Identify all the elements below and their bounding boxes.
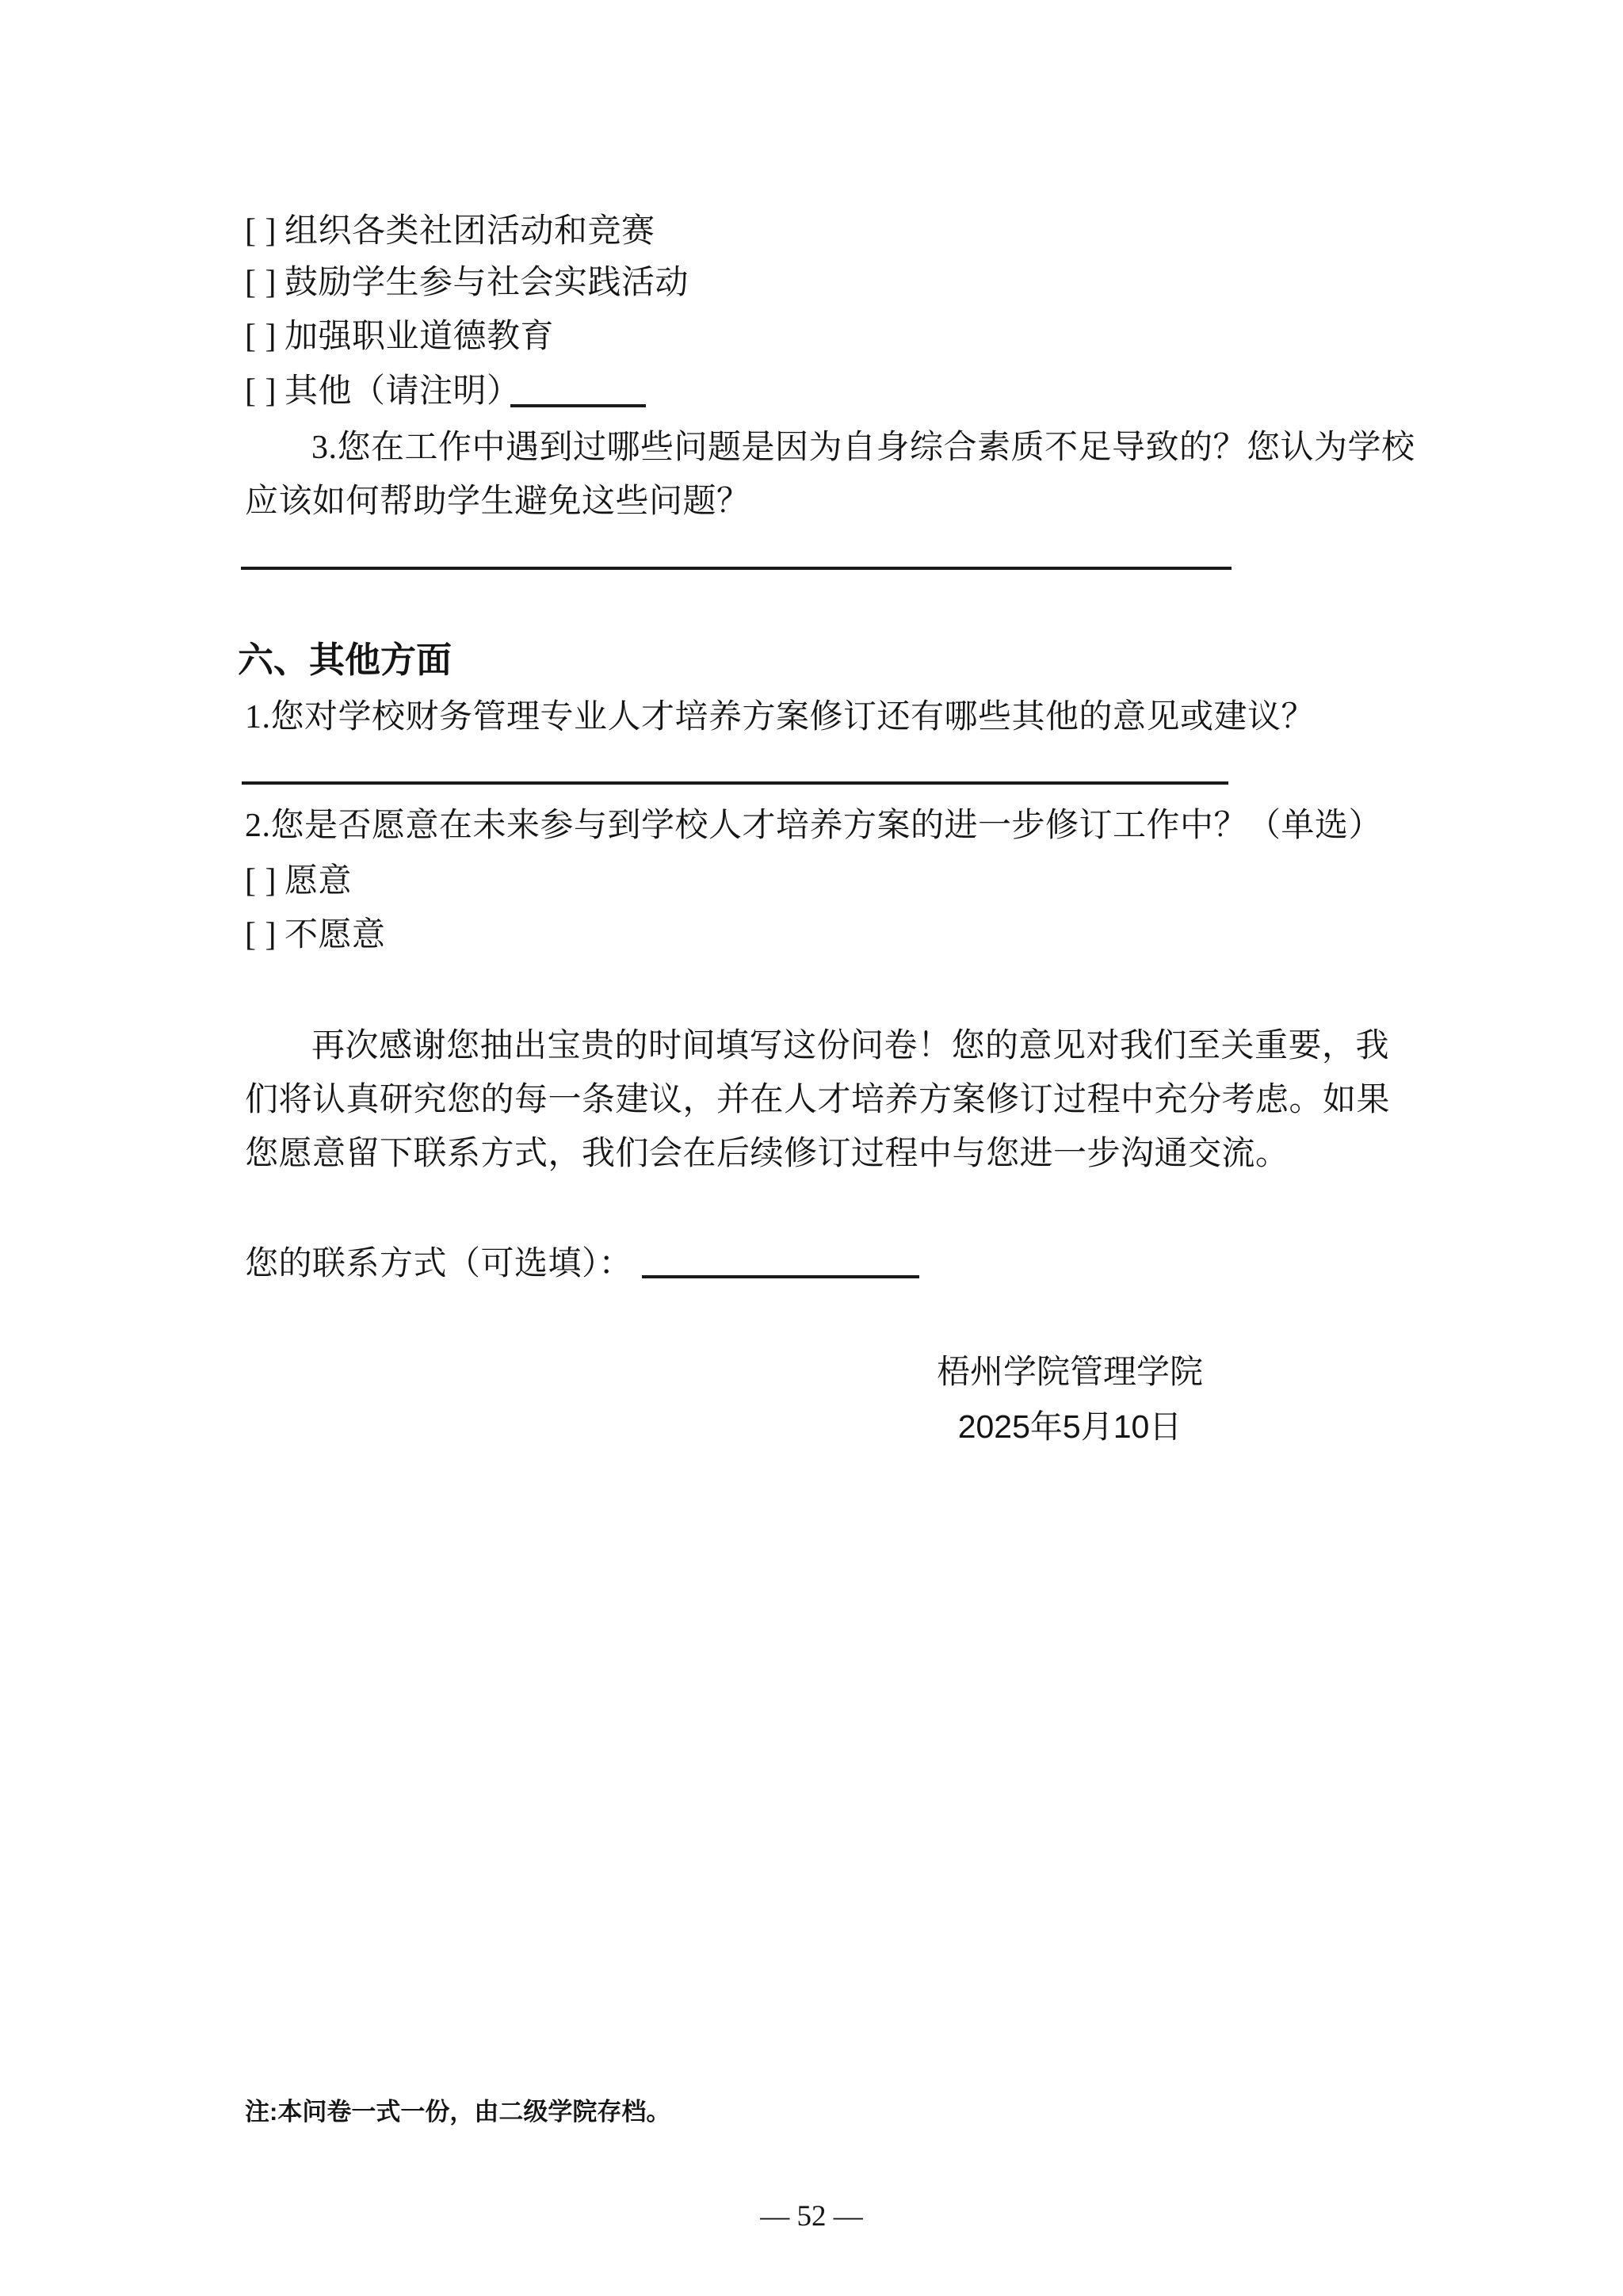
option-line: [ ]不愿意 bbox=[245, 913, 386, 957]
checkbox-empty[interactable]: [ ] bbox=[245, 859, 277, 904]
signature-organization: 梧州学院管理学院 bbox=[811, 1350, 1328, 1395]
document-page: [ ]组织各类社团活动和竞赛 [ ]鼓励学生参与社会实践活动 [ ]加强职业道德… bbox=[0, 0, 1623, 2296]
checkbox-empty[interactable]: [ ] bbox=[245, 913, 277, 957]
option-label: 不愿意 bbox=[285, 917, 386, 953]
contact-fill-in-blank[interactable] bbox=[642, 1275, 919, 1278]
checkbox-empty[interactable]: [ ] bbox=[245, 209, 277, 254]
section6-question-2: 2.您是否愿意在未来参与到学校人才培养方案的进一步修订工作中？（单选） bbox=[245, 804, 1382, 848]
archive-footnote: 注:本问卷一式一份，由二级学院存档。 bbox=[245, 2095, 670, 2129]
option-line: [ ]其他（请注明） bbox=[245, 369, 521, 414]
option-line: [ ]加强职业道德教育 bbox=[245, 315, 554, 359]
option-label: 其他（请注明） bbox=[285, 373, 521, 410]
option-label: 愿意 bbox=[285, 863, 352, 900]
question-3-line-1: 3.您在工作中遇到过哪些问题是因为自身综合素质不足导致的？您认为学校 bbox=[311, 426, 1415, 470]
option-line: [ ]组织各类社团活动和竞赛 bbox=[245, 209, 655, 254]
closing-paragraph-line-2: 们将认真研究您的每一条建议，并在人才培养方案修订过程中充分考虑。如果 bbox=[245, 1078, 1390, 1122]
checkbox-empty[interactable]: [ ] bbox=[245, 261, 277, 305]
closing-paragraph-line-1: 再次感谢您抽出宝贵的时间填写这份问卷！您的意见对我们至关重要，我 bbox=[311, 1024, 1389, 1068]
option-line: [ ]鼓励学生参与社会实践活动 bbox=[245, 261, 689, 305]
checkbox-empty[interactable]: [ ] bbox=[245, 315, 277, 359]
checkbox-empty[interactable]: [ ] bbox=[245, 369, 277, 414]
section6-question-1: 1.您对学校财务管理专业人才培养方案修订还有哪些其他的意见或建议？ bbox=[245, 695, 1315, 739]
signature-date: 2025年5月10日 bbox=[811, 1404, 1328, 1449]
option-label: 加强职业道德教育 bbox=[285, 319, 554, 355]
option-line: [ ]愿意 bbox=[245, 859, 352, 904]
answer-blank-q3[interactable] bbox=[241, 567, 1232, 570]
answer-blank-s6q1[interactable] bbox=[242, 781, 1228, 785]
closing-paragraph-line-3: 您愿意留下联系方式，我们会在后续修订过程中与您进一步沟通交流。 bbox=[245, 1132, 1289, 1176]
contact-label: 您的联系方式（可选填）： bbox=[245, 1242, 632, 1286]
fill-in-blank-other[interactable] bbox=[510, 404, 646, 407]
page-number: — 52 — bbox=[0, 2197, 1623, 2237]
option-label: 鼓励学生参与社会实践活动 bbox=[285, 265, 689, 301]
question-3-line-2: 应该如何帮助学生避免这些问题？ bbox=[245, 479, 750, 524]
section-heading: 六、其他方面 bbox=[238, 636, 452, 684]
option-label: 组织各类社团活动和竞赛 bbox=[285, 213, 655, 250]
